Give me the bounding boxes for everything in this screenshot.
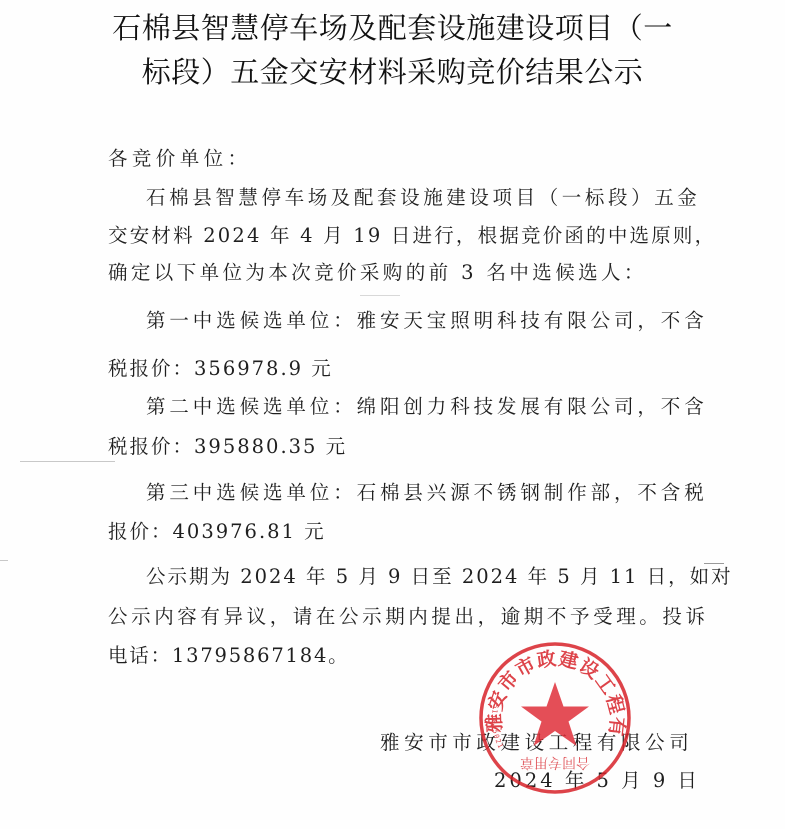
- scan-mark: [20, 461, 115, 462]
- signature-company: 雅安市市政建设工程有限公司: [380, 733, 693, 753]
- candidate-3-price-line: 报价：403976.81 元: [108, 522, 326, 542]
- document-title-line-2: 标段）五金交安材料采购竞价结果公示: [0, 58, 785, 87]
- signature-date: 2024 年 5 月 9 日: [494, 771, 700, 791]
- notice-line-1: 公示期为 2024 年 5 月 9 日至 2024 年 5 月 11 日，如对: [146, 567, 733, 587]
- document-page: 石棉县智慧停车场及配套设施建设项目（一 标段）五金交安材料采购竞价结果公示 各竞…: [0, 0, 785, 829]
- candidate-2-price-line: 税报价：395880.35 元: [108, 437, 347, 457]
- notice-line-3: 电话：13795867184。: [108, 646, 349, 666]
- notice-line-2: 公示内容有异议，请在公示期内提出，逾期不予受理。投诉: [108, 607, 709, 627]
- intro-line-3: 确定以下单位为本次竞价采购的前 3 名中选候选人：: [108, 263, 647, 283]
- scan-mark: [360, 295, 400, 296]
- candidate-1-price-line: 税报价：356978.9 元: [108, 359, 333, 379]
- svg-text:雅安市市政建设工程有限公司: 雅安市市政建设工程有限公司: [475, 638, 629, 738]
- intro-line-1: 石棉县智慧停车场及配套设施建设项目（一标段）五金: [146, 188, 700, 208]
- salutation: 各竞价单位：: [108, 149, 251, 169]
- intro-line-2: 交安材料 2024 年 4 月 19 日进行，根据竞价函的中选原则，: [108, 226, 716, 246]
- seal-text: 雅安市市政建设工程有限公司: [475, 638, 629, 738]
- scan-mark: [704, 563, 724, 564]
- candidate-3-line-1: 第三中选候选单位：石棉县兴源不锈钢制作部，不含税: [146, 483, 708, 503]
- candidate-2-line-1: 第二中选候选单位：绵阳创力科技发展有限公司，不含: [146, 397, 708, 417]
- document-title-line-1: 石棉县智慧停车场及配套设施建设项目（一: [0, 14, 785, 43]
- scan-mark: [0, 560, 8, 561]
- candidate-1-line-1: 第一中选候选单位：雅安天宝照明科技有限公司，不含: [146, 311, 708, 331]
